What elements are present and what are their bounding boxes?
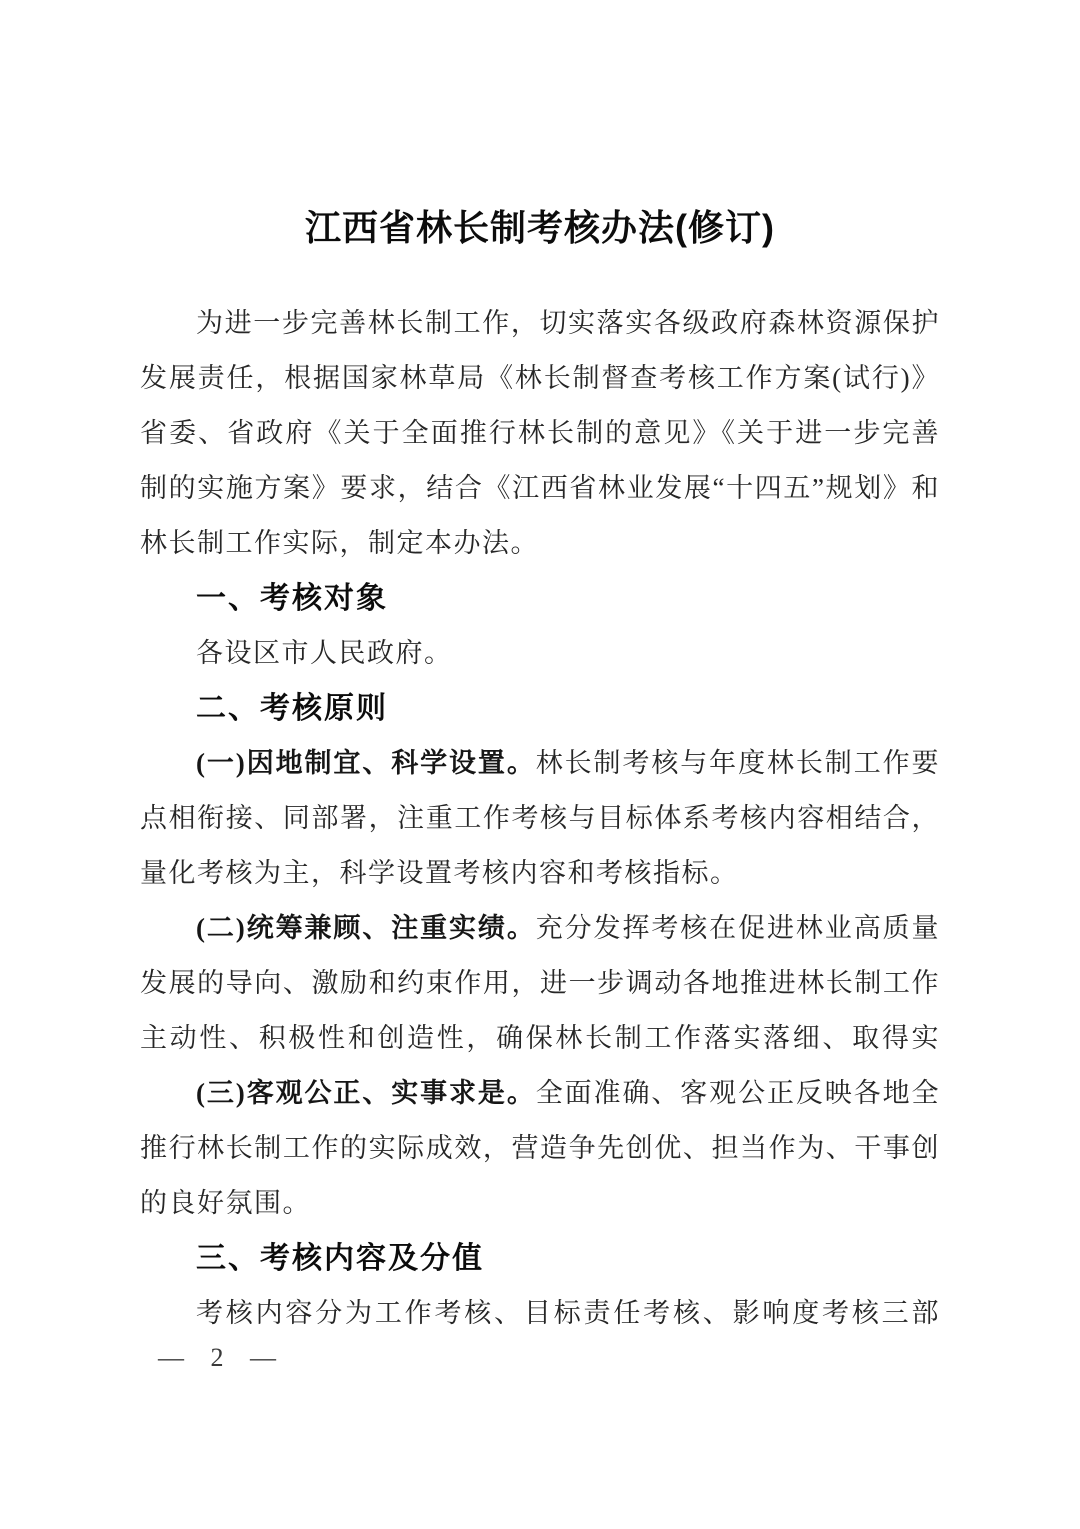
paragraph-1-line-1: 为进一步完善林长制工作，切实落实各级政府森林资源保护 bbox=[140, 296, 940, 351]
page-number: — 2 — bbox=[158, 1338, 278, 1378]
item-2-lead: (二)统筹兼顾、注重实绩。 bbox=[196, 913, 536, 943]
section-1-heading: 一、考核对象 bbox=[140, 571, 940, 626]
section-2-item-2-line-2: 发展的导向、激励和约束作用，进一步调动各地推进林长制工作的 bbox=[140, 956, 940, 1011]
document-page: 江西省林长制考核办法(修订) 为进一步完善林长制工作，切实落实各级政府森林资源保… bbox=[0, 0, 1080, 1529]
section-2-item-1-line-3: 量化考核为主，科学设置考核内容和考核指标。 bbox=[140, 846, 940, 901]
item-1-lead: (一)因地制宜、科学设置。 bbox=[196, 748, 536, 778]
section-2-item-2-line-1: (二)统筹兼顾、注重实绩。充分发挥考核在促进林业高质量 bbox=[140, 901, 940, 956]
section-2-item-3-line-3: 的良好氛围。 bbox=[140, 1176, 940, 1231]
section-2-item-1-line-1: (一)因地制宜、科学设置。林长制考核与年度林长制工作要 bbox=[140, 736, 940, 791]
section-2-item-3-line-1: (三)客观公正、实事求是。全面准确、客观公正反映各地全面 bbox=[140, 1066, 940, 1121]
section-2-item-1-line-2: 点相衔接、同部署，注重工作考核与目标体系考核内容相结合，以 bbox=[140, 791, 940, 846]
paragraph-1-line-4: 制的实施方案》要求，结合《江西省林业发展“十四五”规划》和全省 bbox=[140, 461, 940, 516]
section-3-body: 考核内容分为工作考核、目标责任考核、影响度考核三部分。 bbox=[140, 1286, 940, 1341]
section-3-heading: 三、考核内容及分值 bbox=[140, 1231, 940, 1286]
paragraph-1-line-2: 发展责任，根据国家林草局《林长制督查考核工作方案(试行)》和 bbox=[140, 351, 940, 406]
section-1-body: 各设区市人民政府。 bbox=[140, 626, 940, 681]
section-2-heading: 二、考核原则 bbox=[140, 681, 940, 736]
paragraph-1-line-5: 林长制工作实际，制定本办法。 bbox=[140, 516, 940, 571]
item-3-lead: (三)客观公正、实事求是。 bbox=[196, 1078, 536, 1108]
item-1-rest: 林长制考核与年度林长制工作要 bbox=[536, 748, 940, 778]
section-2-item-3-line-2: 推行林长制工作的实际成效，营造争先创优、担当作为、干事创业 bbox=[140, 1121, 940, 1176]
document-title: 江西省林长制考核办法(修订) bbox=[0, 200, 1080, 251]
paragraph-1-line-3: 省委、省政府《关于全面推行林长制的意见》《关于进一步完善林长 bbox=[140, 406, 940, 461]
item-2-rest: 充分发挥考核在促进林业高质量 bbox=[536, 913, 940, 943]
section-2-item-2-line-3: 主动性、积极性和创造性，确保林长制工作落实落细、取得实效。 bbox=[140, 1011, 940, 1066]
document-body: 为进一步完善林长制工作，切实落实各级政府森林资源保护 发展责任，根据国家林草局《… bbox=[140, 296, 940, 1341]
